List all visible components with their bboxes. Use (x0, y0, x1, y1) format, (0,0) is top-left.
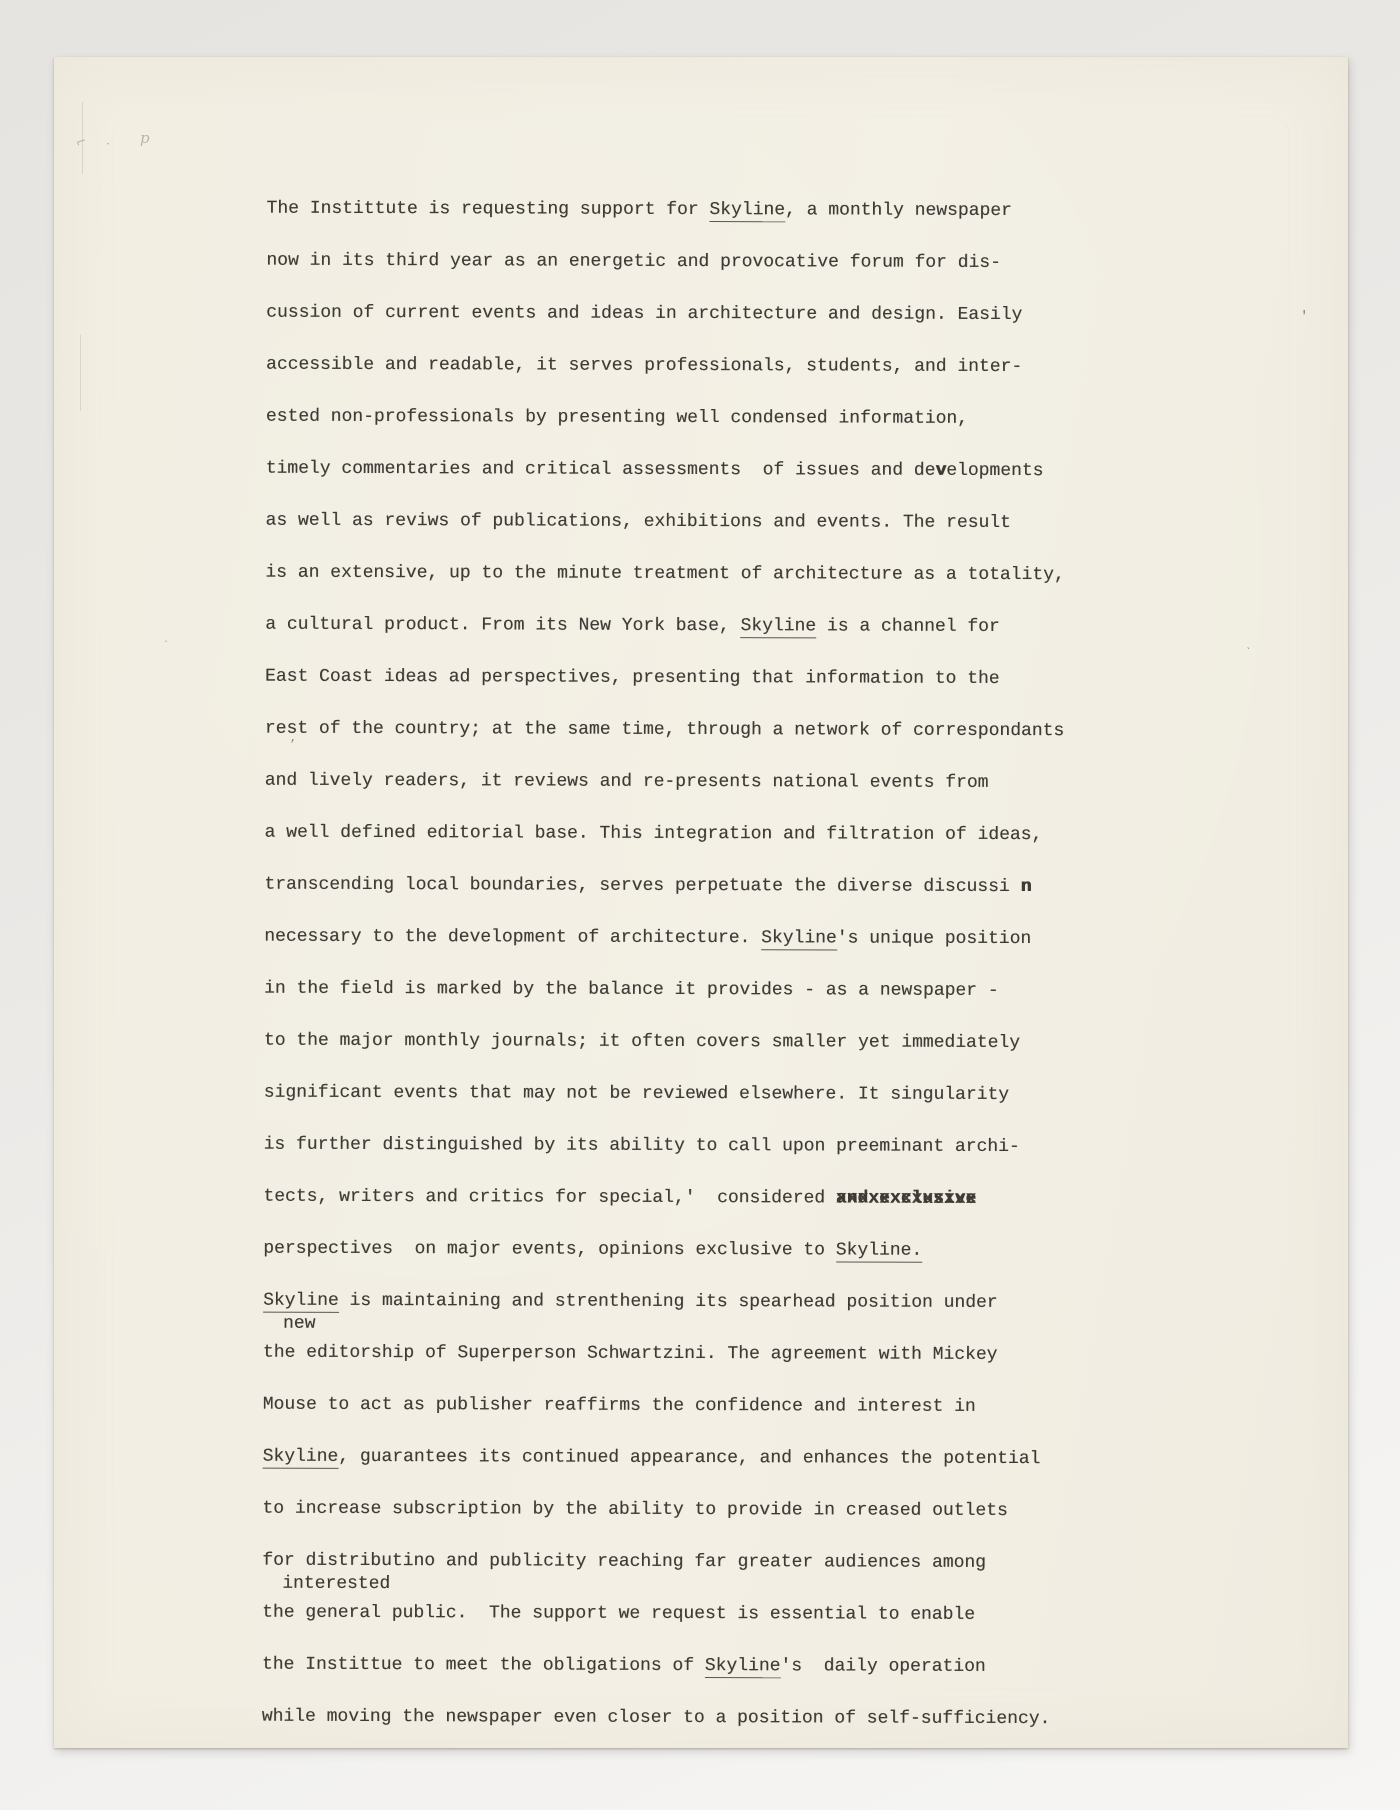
inserted-word-line: interested (282, 1573, 390, 1595)
text-line: ested non-professionals by presenting we… (266, 406, 968, 430)
text-line: transcending local boundaries, serves pe… (264, 874, 1031, 898)
text-line: Skyline, guarantees its continued appear… (263, 1446, 1041, 1470)
inserted-word-line: new (283, 1313, 315, 1335)
typed-text-segment: for distributino and publicity reaching … (262, 1551, 986, 1573)
overstruck-char: v (935, 461, 946, 481)
text-line: East Coast ideas ad perspectives, presen… (265, 666, 1000, 690)
typed-text-segment: a well defined editorial base. This inte… (265, 823, 1043, 845)
typed-text-segment: while moving the newspaper even closer t… (262, 1707, 1051, 1729)
typed-text-segment: the editorship of Superperson Schwartzin… (263, 1343, 998, 1365)
text-line: is further distinguished by its ability … (264, 1134, 1020, 1158)
text-line: significant events that may not be revie… (264, 1082, 1009, 1106)
typed-text-segment: the Instittue to meet the obligations of (262, 1655, 705, 1676)
underlined-word: Skyline (263, 1291, 339, 1313)
text-line: to increase subscription by the ability … (262, 1498, 1007, 1522)
typed-text-segment: and lively readers, it reviews and re-pr… (265, 771, 989, 793)
text-line: cussion of current events and ideas in a… (266, 302, 1022, 326)
text-line: tects, writers and critics for special,'… (263, 1186, 976, 1210)
text-line: for distributino and publicity reaching … (262, 1550, 986, 1574)
text-line: perspectives on major events, opinions e… (263, 1238, 922, 1262)
underlined-word: Skyline. (836, 1240, 922, 1262)
typed-text-segment: a cultural product. From its New York ba… (265, 615, 740, 636)
overstruck-char: n (1020, 877, 1031, 897)
typed-text-segment: is further distinguished by its ability … (264, 1135, 1020, 1157)
underlined-word: Skyline (709, 200, 785, 222)
text-line: accessible and readable, it serves profe… (266, 354, 1022, 378)
typed-text-segment: rest of the country; at the same time, t… (265, 719, 1064, 742)
text-line: The Instittute is requesting support for… (266, 198, 1011, 222)
typed-text-segment: The Instittute is requesting support for (266, 199, 709, 220)
text-line: the general public. The support we reque… (262, 1602, 975, 1626)
text-line: a well defined editorial base. This inte… (265, 822, 1043, 846)
typed-text-segment: is an extensive, up to the minute treatm… (265, 563, 1064, 586)
underlined-word: Skyline (705, 1656, 781, 1678)
typed-text-segment: as well as reviws of publications, exhib… (266, 511, 1011, 533)
typed-text-segment: tects, writers and critics for special,'… (263, 1187, 836, 1209)
text-line: and lively readers, it reviews and re-pr… (265, 770, 989, 794)
typed-text-segment: timely commentaries and critical assessm… (266, 459, 936, 481)
typed-text-segment: perspectives on major events, opinions e… (263, 1239, 836, 1261)
text-line: while moving the newspaper even closer t… (262, 1706, 1051, 1730)
typed-text-segment: interested (282, 1574, 390, 1594)
typed-text-segment: to the major monthly journals; it often … (264, 1031, 1020, 1053)
typed-text-segment: elopments (946, 461, 1043, 481)
underlined-word: Skyline (740, 616, 816, 638)
text-line: a cultural product. From its New York ba… (265, 614, 1000, 638)
text-line: the editorship of Superperson Schwartzin… (263, 1342, 998, 1366)
typed-text-segment: now in its third year as an energetic an… (266, 251, 1001, 273)
scanned-paper-page: ⌐ · p ' ˎ ’ · The Instittute is requesti… (54, 57, 1348, 1748)
text-line: Mouse to act as publisher reaffirms the … (263, 1394, 976, 1418)
typed-text: The Instittute is requesting support for… (49, 57, 1348, 1752)
typed-text-segment: cussion of current events and ideas in a… (266, 303, 1022, 325)
typed-text-segment: 's daily operation (780, 1656, 985, 1677)
typed-text-segment: the general public. The support we reque… (262, 1603, 975, 1625)
typed-text-segment: East Coast ideas ad perspectives, presen… (265, 667, 1000, 689)
typed-text-segment: in the field is marked by the balance it… (264, 979, 999, 1001)
text-line: to the major monthly journals; it often … (264, 1030, 1020, 1054)
typed-text-segment: ested non-professionals by presenting we… (266, 407, 968, 429)
text-line: necessary to the development of architec… (264, 926, 1031, 950)
text-line: the Instittue to meet the obligations of… (262, 1654, 986, 1678)
text-line: timely commentaries and critical assessm… (266, 458, 1044, 482)
typed-text-segment: transcending local boundaries, serves pe… (264, 875, 1020, 897)
typed-text-segment: 's unique position (837, 928, 1031, 949)
underlined-word: Skyline (263, 1447, 339, 1469)
text-line: now in its third year as an energetic an… (266, 250, 1001, 274)
typed-text-segment: to increase subscription by the ability … (262, 1499, 1007, 1521)
underlined-word: Skyline (761, 928, 837, 950)
typed-text-segment: , a monthly newspaper (785, 200, 1012, 221)
struck-out-word: andxexclusive (836, 1187, 977, 1209)
text-line: is an extensive, up to the minute treatm… (265, 562, 1064, 587)
typed-text-segment: necessary to the development of architec… (264, 927, 761, 949)
text-line: Skyline is maintaining and strenthening … (263, 1290, 998, 1314)
typed-text-segment: new (283, 1314, 315, 1334)
text-line: rest of the country; at the same time, t… (265, 718, 1064, 743)
typed-text-segment: is a channel for (816, 616, 1000, 637)
typed-text-segment: Mouse to act as publisher reaffirms the … (263, 1395, 976, 1417)
typed-text-segment: , guarantees its continued appearance, a… (338, 1447, 1040, 1469)
typed-text-segment: is maintaining and strenthening its spea… (339, 1291, 998, 1313)
text-line: as well as reviws of publications, exhib… (266, 510, 1011, 534)
typed-text-segment: significant events that may not be revie… (264, 1083, 1009, 1105)
typed-text-segment: accessible and readable, it serves profe… (266, 355, 1022, 377)
text-line: in the field is marked by the balance it… (264, 978, 999, 1002)
